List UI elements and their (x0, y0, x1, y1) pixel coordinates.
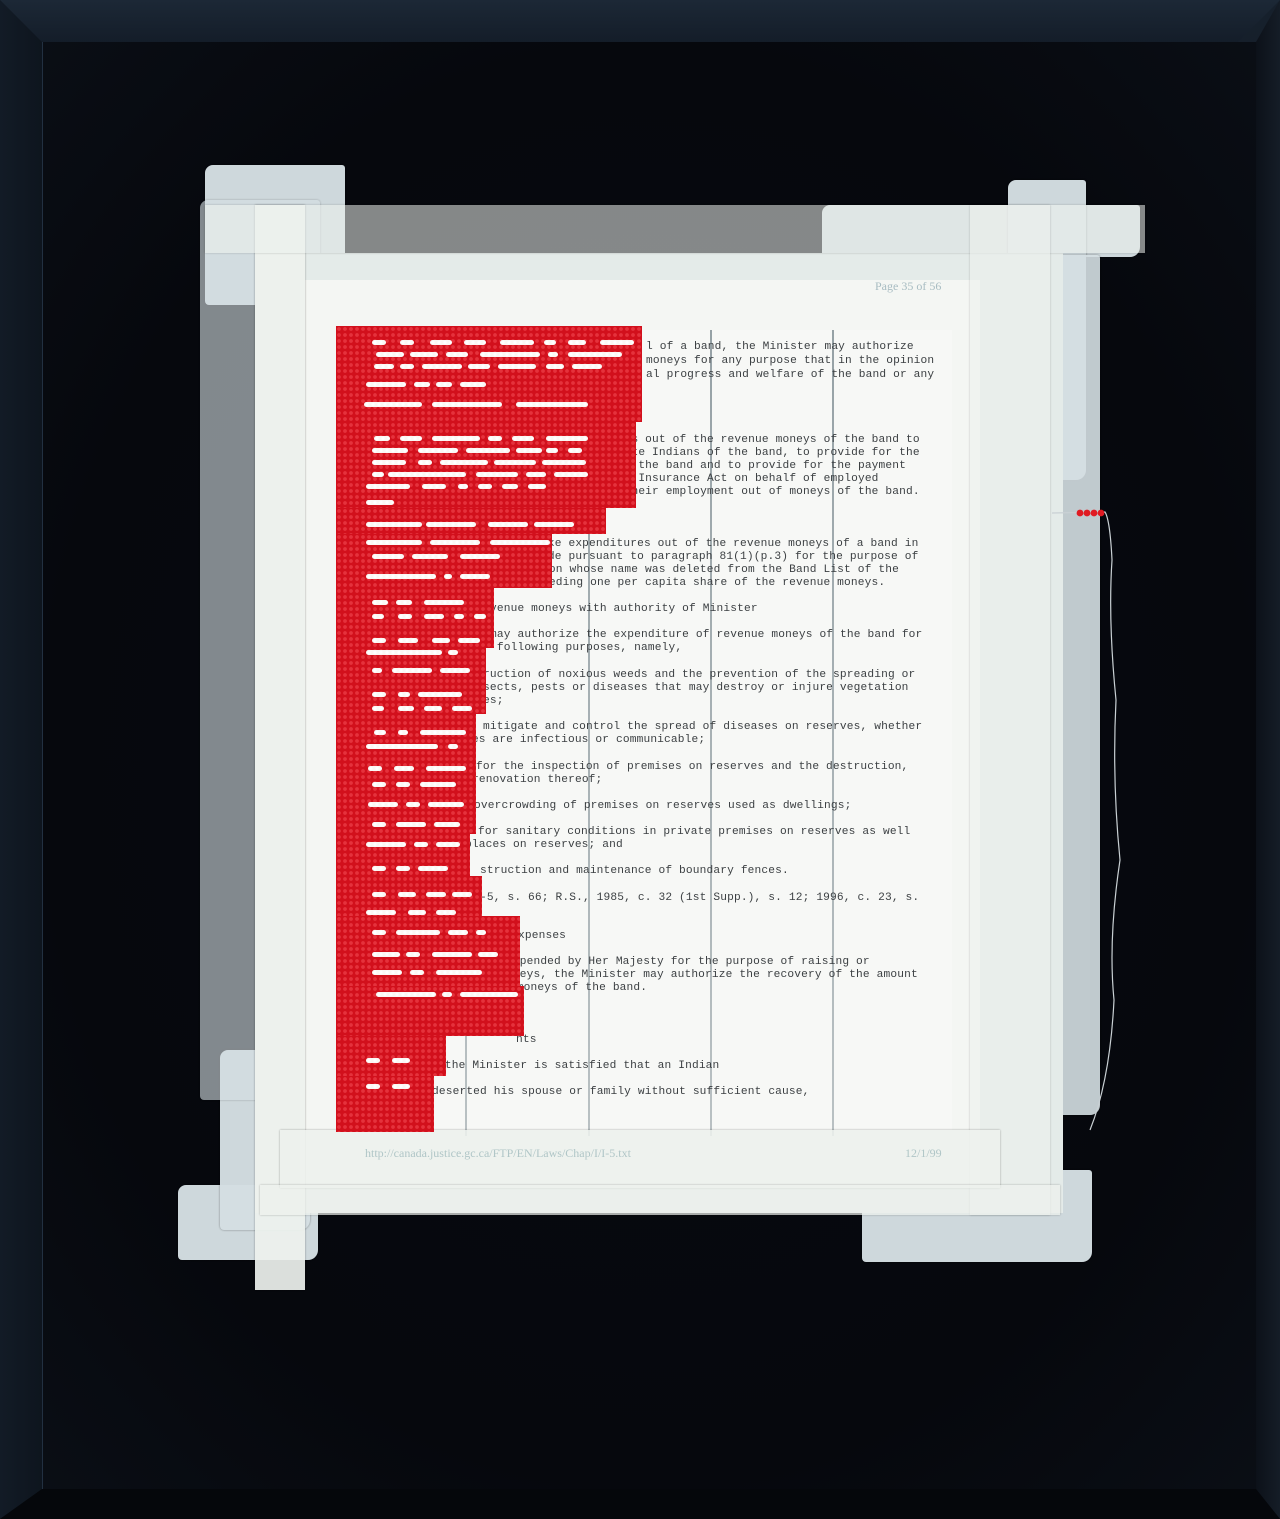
thread-bead (1084, 510, 1091, 517)
thread-bead (1091, 510, 1098, 517)
dangling-bead-thread (0, 0, 1280, 1519)
thread-line (1052, 512, 1120, 1130)
thread-bead (1077, 510, 1084, 517)
thread-bead (1098, 510, 1105, 517)
thread-beads (1077, 510, 1105, 517)
